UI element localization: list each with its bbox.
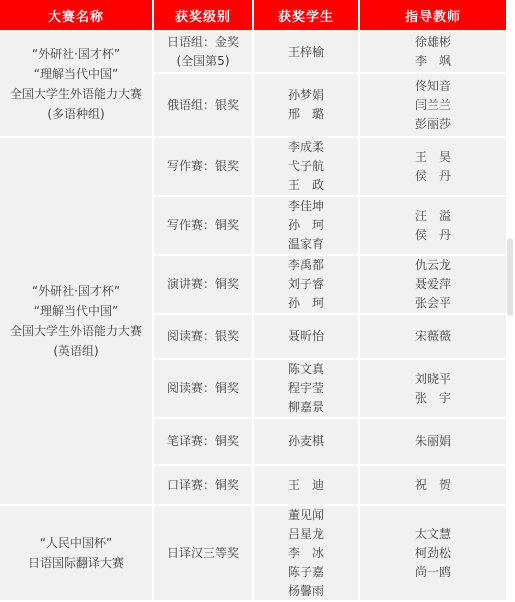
teacher-name: 太文慧 bbox=[415, 525, 451, 544]
teacher-name: 王 昊 bbox=[415, 148, 451, 167]
competition-name-cell: “人民中国杯”日语国际翻译大赛 bbox=[0, 506, 152, 600]
awards-page: 大赛名称获奖级别获奖学生指导教师 “外研社·国才杯”“理解当代中国”全国大学生外… bbox=[0, 0, 515, 602]
student-name: 孙 珂 bbox=[288, 294, 324, 313]
teacher-name: 尚一鸥 bbox=[415, 563, 451, 582]
table-row: 日译汉三等奖董见闻吕星龙李 冰陈子嘉杨馨雨太文慧柯劲松尚一鸥 bbox=[154, 506, 506, 600]
student-name: 王梓榆 bbox=[288, 43, 324, 62]
table-row: 笔译赛：铜奖孙麦棋朱丽娟 bbox=[154, 419, 506, 464]
table-body: “外研社·国才杯”“理解当代中国”全国大学生外语能力大赛(多语种组)日语组：金奖… bbox=[0, 32, 506, 600]
teacher-name: 柯劲松 bbox=[415, 544, 451, 563]
student-name: 孙梦娟 bbox=[288, 86, 324, 105]
award-level-line: 演讲赛：铜奖 bbox=[167, 275, 239, 294]
teacher-name: 侯 丹 bbox=[415, 226, 451, 245]
student-name: 温家育 bbox=[288, 235, 324, 254]
table-section: “人民中国杯”日语国际翻译大赛日译汉三等奖董见闻吕星龙李 冰陈子嘉杨馨雨太文慧柯… bbox=[0, 506, 506, 600]
teachers-cell: 祝 贺 bbox=[360, 466, 506, 504]
award-level-cell: 日语组：金奖(全国第5) bbox=[154, 32, 252, 72]
students-cell: 董见闻吕星龙李 冰陈子嘉杨馨雨 bbox=[254, 506, 358, 600]
table-row: 俄语组：银奖孙梦娟邢 璐佟知音闫兰兰彭丽莎 bbox=[154, 74, 506, 136]
student-name: 李佳坤 bbox=[288, 197, 324, 216]
competition-name-line: (英语组) bbox=[53, 341, 98, 361]
table-section: “外研社·国才杯”“理解当代中国”全国大学生外语能力大赛(英语组)写作赛：银奖李… bbox=[0, 138, 506, 504]
award-level-line: 口译赛：铜奖 bbox=[167, 476, 239, 495]
teachers-cell: 汪 溢侯 丹 bbox=[360, 197, 506, 254]
award-level-line: 写作赛：铜奖 bbox=[167, 216, 239, 235]
col-header-competition: 大赛名称 bbox=[0, 0, 152, 30]
award-level-line: 笔译赛：铜奖 bbox=[167, 432, 239, 451]
student-name: 陈子嘉 bbox=[288, 563, 324, 582]
teachers-cell: 徐雄彬李 飒 bbox=[360, 32, 506, 72]
col-header-award-level: 获奖级别 bbox=[154, 0, 252, 30]
students-cell: 孙梦娟邢 璐 bbox=[254, 74, 358, 136]
table-section: “外研社·国才杯”“理解当代中国”全国大学生外语能力大赛(多语种组)日语组：金奖… bbox=[0, 32, 506, 136]
competition-name-line: “外研社·国才杯” bbox=[32, 281, 120, 301]
student-name: 孙麦棋 bbox=[288, 432, 324, 451]
student-name: 弋子航 bbox=[288, 157, 324, 176]
teachers-cell: 佟知音闫兰兰彭丽莎 bbox=[360, 74, 506, 136]
col-header-students: 获奖学生 bbox=[254, 0, 358, 30]
award-level-line: 日译汉三等奖 bbox=[167, 544, 239, 563]
teachers-cell: 宋薇薇 bbox=[360, 315, 506, 358]
student-name: 李 冰 bbox=[288, 544, 324, 563]
award-level-cell: 阅读赛：银奖 bbox=[154, 315, 252, 358]
table-row: 阅读赛：铜奖陈文真程宇莹柳嘉景刘晓平张 宇 bbox=[154, 360, 506, 417]
teacher-name: 徐雄彬 bbox=[415, 33, 451, 52]
award-level-cell: 写作赛：铜奖 bbox=[154, 197, 252, 254]
teacher-name: 刘晓平 bbox=[415, 370, 451, 389]
teachers-cell: 王 昊侯 丹 bbox=[360, 138, 506, 195]
competition-name-line: “人民中国杯” bbox=[40, 533, 112, 553]
table-row: 演讲赛：铜奖李禹都刘子睿孙 珂仇云龙聂爱萍张会平 bbox=[154, 256, 506, 313]
award-level-line: 阅读赛：铜奖 bbox=[167, 379, 239, 398]
competition-name-line: “外研社·国才杯” bbox=[32, 44, 120, 64]
students-cell: 孙麦棋 bbox=[254, 419, 358, 464]
student-name: 李成柔 bbox=[288, 138, 324, 157]
table-row: 写作赛：银奖李成柔弋子航王 政王 昊侯 丹 bbox=[154, 138, 506, 195]
table-row: 写作赛：铜奖李佳坤孙 珂温家育汪 溢侯 丹 bbox=[154, 197, 506, 254]
competition-name-line: (多语种组) bbox=[47, 104, 104, 124]
student-name: 董见闻 bbox=[288, 506, 324, 525]
student-name: 吕星龙 bbox=[288, 525, 324, 544]
teacher-name: 闫兰兰 bbox=[415, 96, 451, 115]
teacher-name: 仇云龙 bbox=[415, 256, 451, 275]
award-level-line: 阅读赛：银奖 bbox=[167, 327, 239, 346]
student-name: 王 迪 bbox=[288, 476, 324, 495]
competition-name-line: 日语国际翻译大赛 bbox=[28, 553, 124, 573]
section-rows: 日语组：金奖(全国第5)王梓榆徐雄彬李 飒俄语组：银奖孙梦娟邢 璐佟知音闫兰兰彭… bbox=[154, 32, 506, 136]
student-name: 陈文真 bbox=[288, 360, 324, 379]
students-cell: 李佳坤孙 珂温家育 bbox=[254, 197, 358, 254]
competition-name-line: “理解当代中国” bbox=[34, 301, 118, 321]
teacher-name: 张会平 bbox=[415, 294, 451, 313]
award-level-cell: 俄语组：银奖 bbox=[154, 74, 252, 136]
award-level-line: 写作赛：银奖 bbox=[167, 157, 239, 176]
student-name: 王 政 bbox=[288, 176, 324, 195]
student-name: 聂昕怡 bbox=[288, 327, 324, 346]
section-rows: 日译汉三等奖董见闻吕星龙李 冰陈子嘉杨馨雨太文慧柯劲松尚一鸥 bbox=[154, 506, 506, 600]
award-level-cell: 演讲赛：铜奖 bbox=[154, 256, 252, 313]
award-level-line: 日语组：金奖 bbox=[167, 33, 239, 52]
teacher-name: 聂爱萍 bbox=[415, 275, 451, 294]
teacher-name: 宋薇薇 bbox=[415, 327, 451, 346]
teacher-name: 朱丽娟 bbox=[415, 432, 451, 451]
awards-table: 大赛名称获奖级别获奖学生指导教师 “外研社·国才杯”“理解当代中国”全国大学生外… bbox=[0, 0, 506, 600]
teacher-name: 汪 溢 bbox=[415, 207, 451, 226]
table-row: 日语组：金奖(全国第5)王梓榆徐雄彬李 飒 bbox=[154, 32, 506, 72]
teacher-name: 侯 丹 bbox=[415, 167, 451, 186]
teacher-name: 李 飒 bbox=[415, 52, 451, 71]
competition-name-line: 全国大学生外语能力大赛 bbox=[10, 84, 142, 104]
award-level-cell: 阅读赛：铜奖 bbox=[154, 360, 252, 417]
teacher-name: 佟知音 bbox=[415, 77, 451, 96]
teachers-cell: 刘晓平张 宇 bbox=[360, 360, 506, 417]
student-name: 刘子睿 bbox=[288, 275, 324, 294]
student-name: 邢 璐 bbox=[288, 105, 324, 124]
competition-name-line: “理解当代中国” bbox=[34, 64, 118, 84]
competition-name-cell: “外研社·国才杯”“理解当代中国”全国大学生外语能力大赛(多语种组) bbox=[0, 32, 152, 136]
table-header-row: 大赛名称获奖级别获奖学生指导教师 bbox=[0, 0, 506, 30]
table-row: 阅读赛：银奖聂昕怡宋薇薇 bbox=[154, 315, 506, 358]
students-cell: 李成柔弋子航王 政 bbox=[254, 138, 358, 195]
student-name: 杨馨雨 bbox=[288, 582, 324, 601]
students-cell: 王 迪 bbox=[254, 466, 358, 504]
student-name: 程宇莹 bbox=[288, 379, 324, 398]
table-row: 口译赛：铜奖王 迪祝 贺 bbox=[154, 466, 506, 504]
competition-name-cell: “外研社·国才杯”“理解当代中国”全国大学生外语能力大赛(英语组) bbox=[0, 138, 152, 504]
students-cell: 李禹都刘子睿孙 珂 bbox=[254, 256, 358, 313]
teachers-cell: 仇云龙聂爱萍张会平 bbox=[360, 256, 506, 313]
award-level-line: (全国第5) bbox=[177, 52, 230, 71]
award-level-cell: 口译赛：铜奖 bbox=[154, 466, 252, 504]
section-rows: 写作赛：银奖李成柔弋子航王 政王 昊侯 丹写作赛：铜奖李佳坤孙 珂温家育汪 溢侯… bbox=[154, 138, 506, 504]
student-name: 李禹都 bbox=[288, 256, 324, 275]
teacher-name: 张 宇 bbox=[415, 389, 451, 408]
students-cell: 聂昕怡 bbox=[254, 315, 358, 358]
student-name: 柳嘉景 bbox=[288, 398, 324, 417]
award-level-cell: 日译汉三等奖 bbox=[154, 506, 252, 600]
teacher-name: 彭丽莎 bbox=[415, 115, 451, 134]
competition-name-line: 全国大学生外语能力大赛 bbox=[10, 321, 142, 341]
teachers-cell: 太文慧柯劲松尚一鸥 bbox=[360, 506, 506, 600]
award-level-line: 俄语组：银奖 bbox=[167, 96, 239, 115]
students-cell: 王梓榆 bbox=[254, 32, 358, 72]
teachers-cell: 朱丽娟 bbox=[360, 419, 506, 464]
scrollbar-thumb[interactable] bbox=[507, 238, 513, 316]
students-cell: 陈文真程宇莹柳嘉景 bbox=[254, 360, 358, 417]
award-level-cell: 笔译赛：铜奖 bbox=[154, 419, 252, 464]
teacher-name: 祝 贺 bbox=[415, 476, 451, 495]
student-name: 孙 珂 bbox=[288, 216, 324, 235]
col-header-teachers: 指导教师 bbox=[360, 0, 506, 30]
award-level-cell: 写作赛：银奖 bbox=[154, 138, 252, 195]
